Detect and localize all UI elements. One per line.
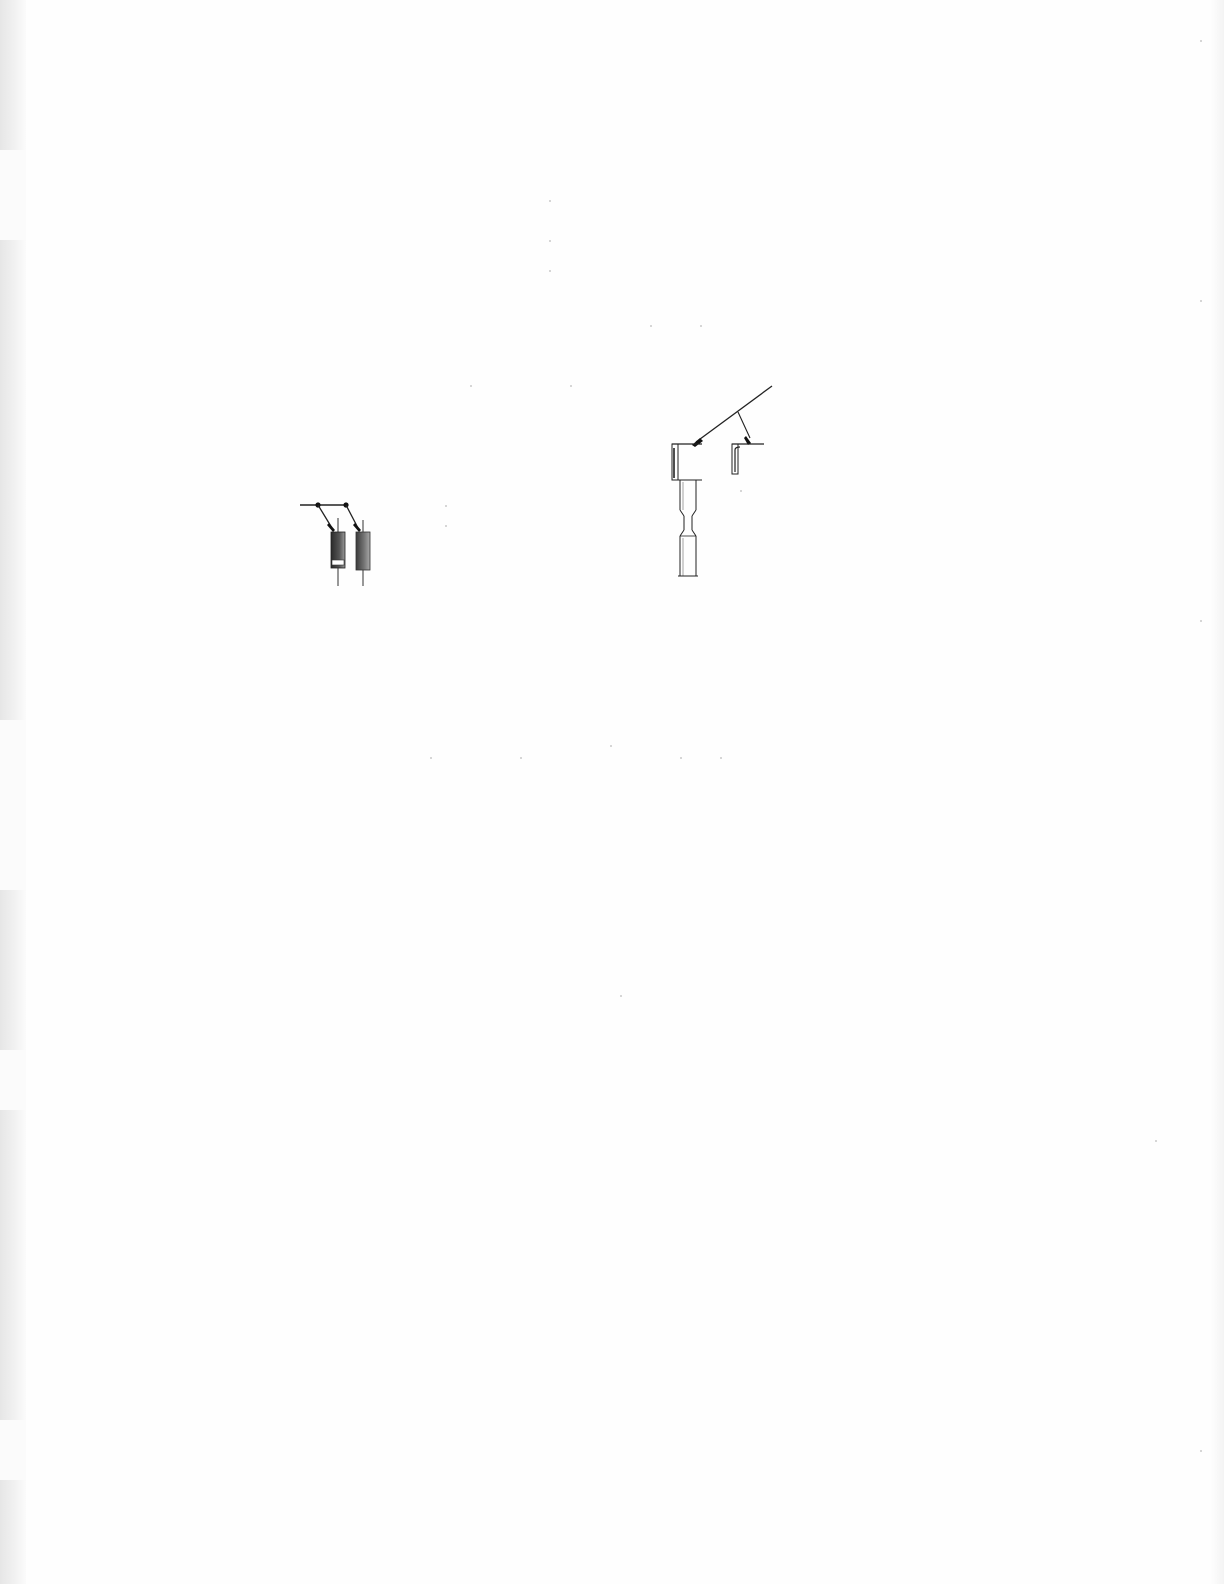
document-page bbox=[0, 0, 1224, 1584]
figure-right bbox=[660, 380, 780, 585]
scan-edge-right bbox=[1210, 0, 1224, 1584]
figure-left bbox=[290, 490, 390, 590]
scan-edge-left bbox=[0, 0, 26, 1584]
